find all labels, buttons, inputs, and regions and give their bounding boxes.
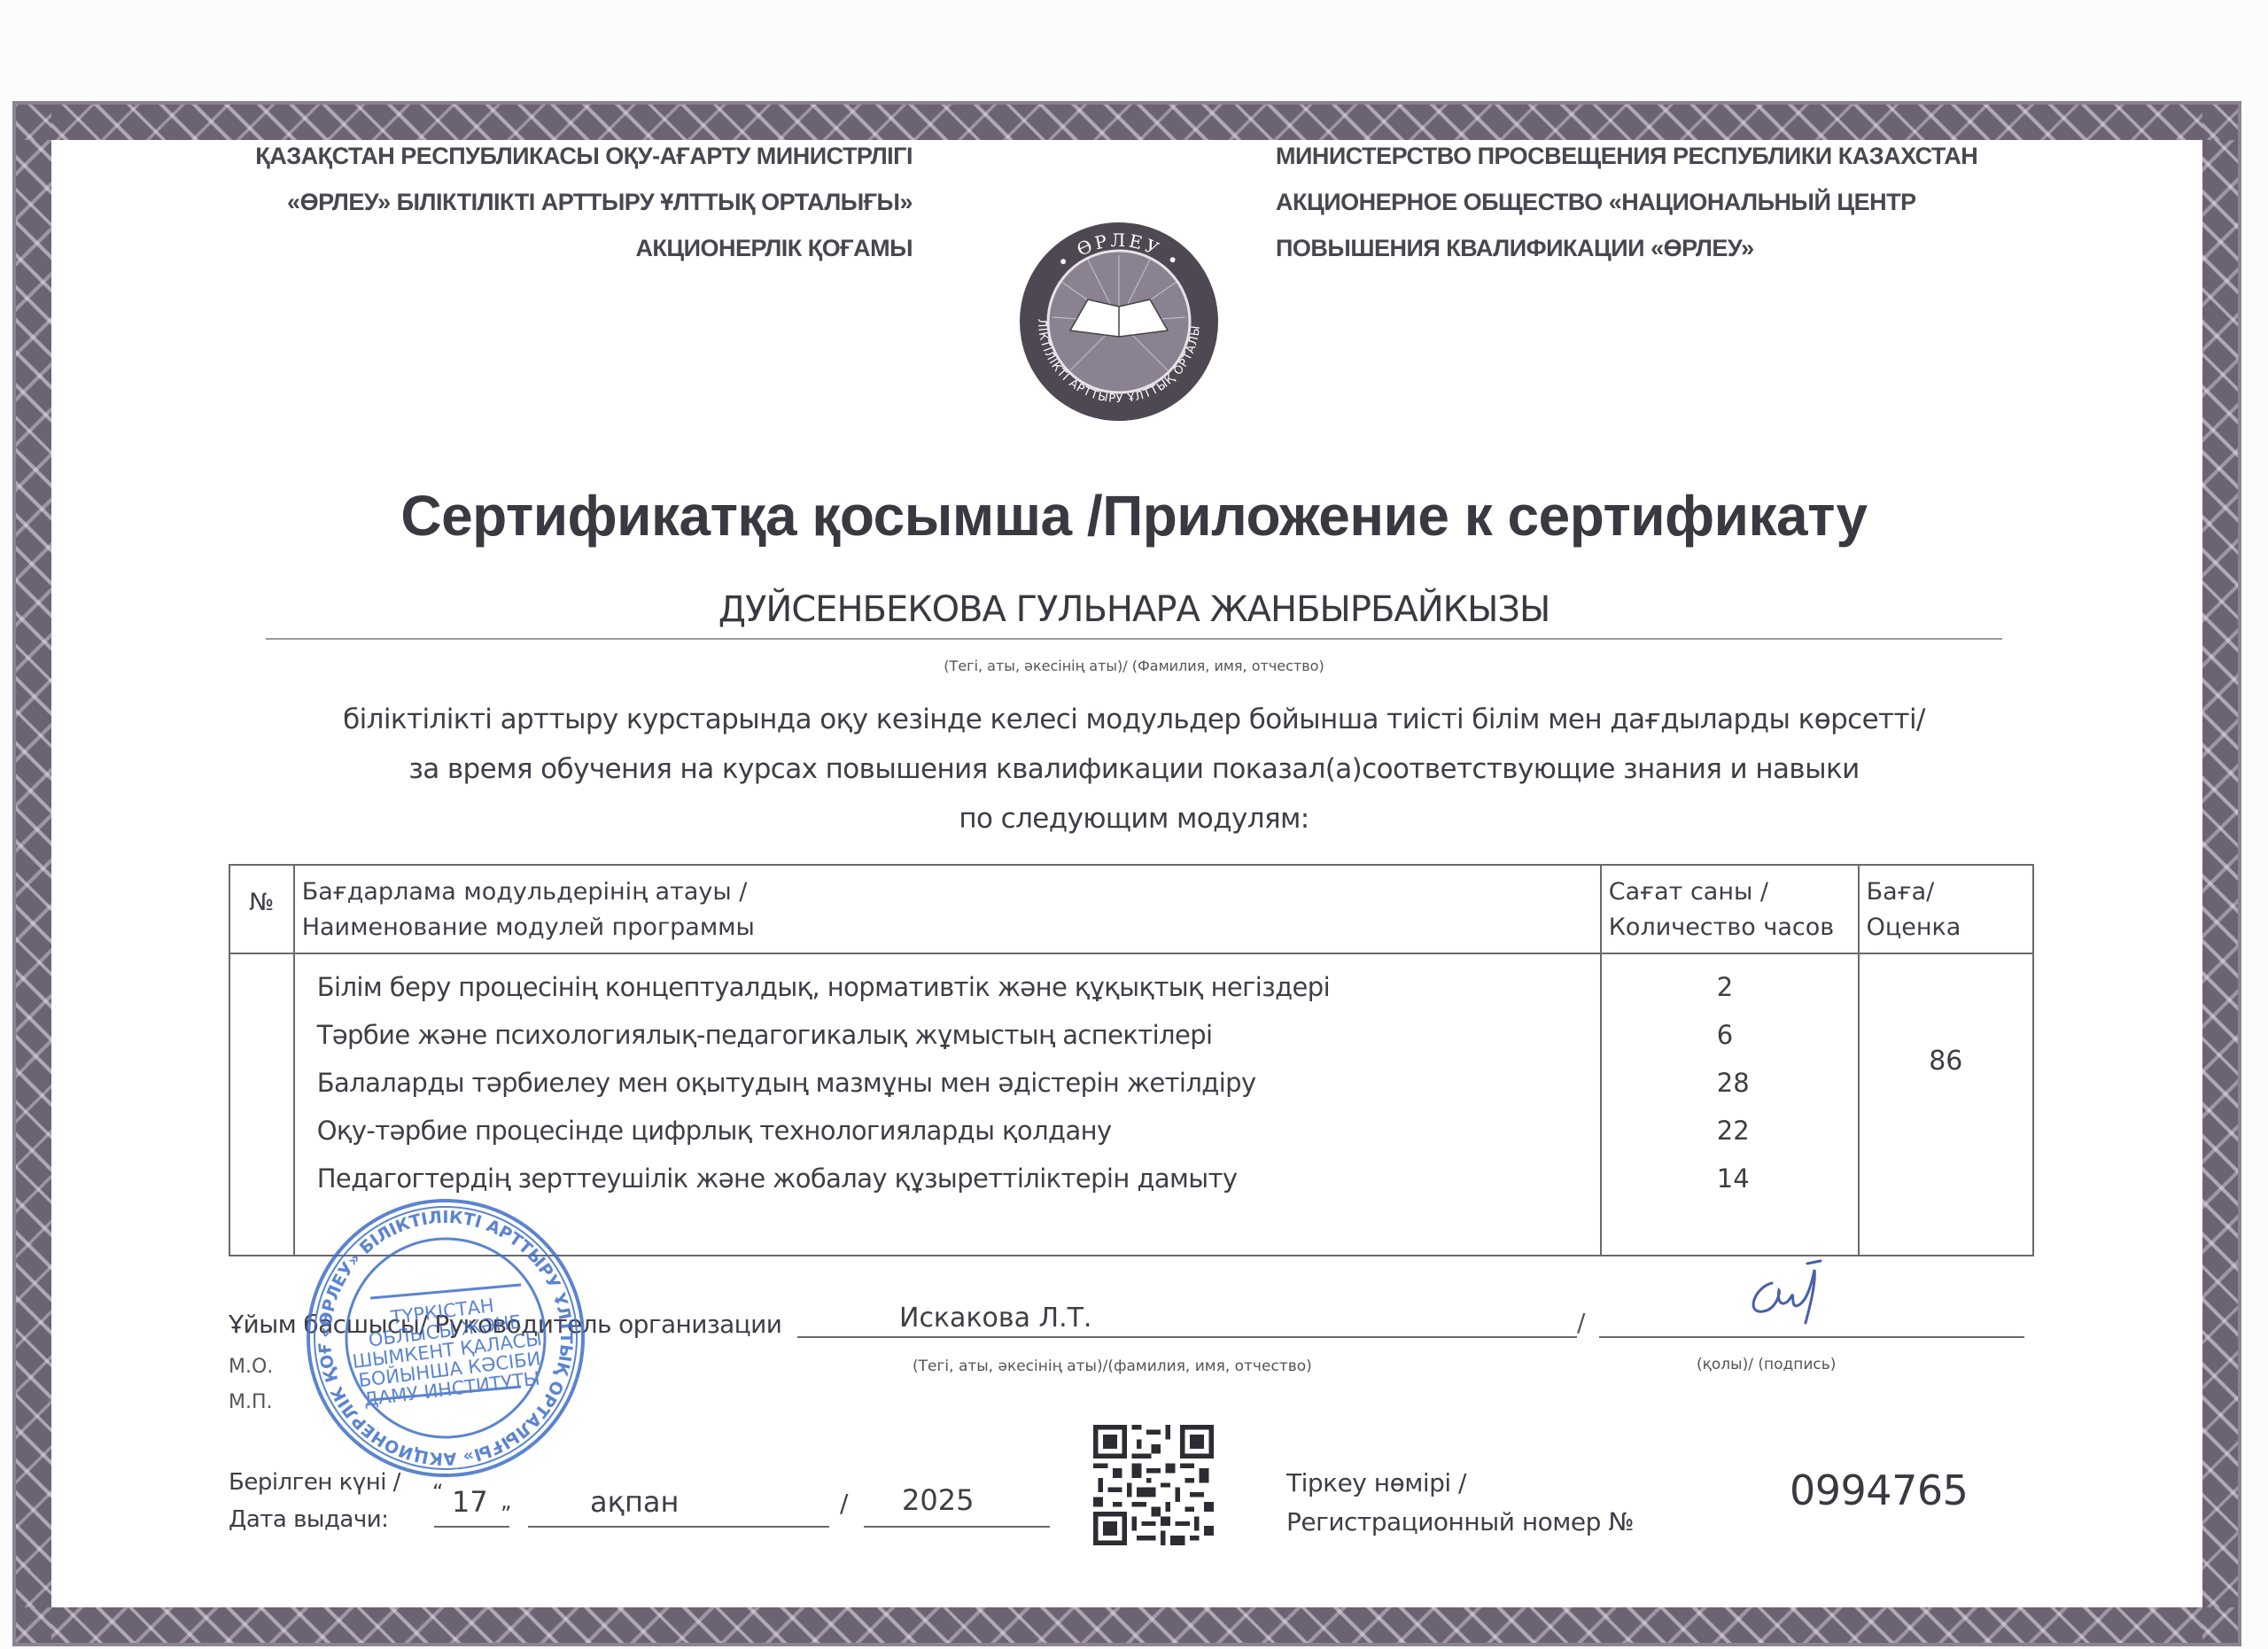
document-title: Сертификатқа қосымша /Приложение к серти… (0, 483, 2268, 548)
module-list: Білім беру процесінің концептуалдық, нор… (295, 954, 1600, 1202)
intro-line: по следующим модулям: (0, 794, 2268, 844)
signature-caption: (қолы)/ (подпись) (1697, 1356, 1836, 1373)
header-kz-line: «ӨРЛЕУ» БІЛІКТІЛІКТІ АРТТЫРУ ҰЛТТЫҚ ОРТА… (159, 179, 913, 225)
month-line (528, 1526, 829, 1528)
module-name: Оқу-тәрбие процесінде цифрлық технология… (295, 1107, 1600, 1155)
year-line (864, 1526, 1050, 1528)
signer-name-line (797, 1336, 1577, 1338)
issue-date-label-ru: Дата выдачи: (229, 1501, 400, 1538)
issue-year: 2025 (902, 1483, 974, 1517)
orleu-logo-icon: • ӨРЛЕУ • БІЛІКТІЛІКТІ АРТТЫРУ ҰЛТТЫҚ ОР… (1017, 220, 1221, 424)
issue-date-label: Берілген күні / Дата выдачи: (229, 1464, 400, 1538)
header-module-name-kz: Бағдарлама модульдерінің атауы / (302, 875, 1593, 910)
hours-list: 2 6 28 22 14 (1602, 954, 1858, 1202)
header-ru-line: МИНИСТЕРСТВО ПРОСВЕЩЕНИЯ РЕСПУБЛИКИ КАЗА… (1276, 133, 2073, 179)
issue-day: 17 (452, 1485, 488, 1519)
recipient-name: ДУЙСЕНБЕКОВА ГУЛЬНАРА ЖАНБЫРБАЙКЫЗЫ (0, 589, 2268, 630)
header-hours-ru: Количество часов (1609, 910, 1851, 945)
module-hours: 28 (1602, 1059, 1858, 1107)
day-line (434, 1526, 509, 1528)
issue-month: ақпан (590, 1485, 679, 1519)
intro-line: за время обучения на курсах повышения кв… (0, 744, 2268, 794)
header-number: № (229, 865, 294, 953)
open-quote: “ (432, 1480, 443, 1505)
hours-cell: 2 6 28 22 14 (1601, 953, 1859, 1256)
signature-line (1599, 1336, 2024, 1338)
seal-label-kz: М.О. (229, 1356, 273, 1378)
table-header-row: № Бағдарлама модульдерінің атауы / Наиме… (229, 865, 2033, 953)
organization-stamp-icon: «ӨРЛЕУ» БІЛІКТІЛІКТІ АРТТЫРУ ҰЛТТЫҚ ОРТА… (299, 1192, 592, 1484)
intro-line: біліктілікті арттыру курстарында оқу кез… (0, 695, 2268, 744)
header-kz-line: ҚАЗАҚСТАН РЕСПУБЛИКАСЫ ОҚУ-АҒАРТУ МИНИСТ… (159, 133, 913, 179)
header-ru-line: АКЦИОНЕРНОЕ ОБЩЕСТВО «НАЦИОНАЛЬНЫЙ ЦЕНТР (1276, 179, 2073, 225)
header-grade: Баға/ Оценка (1859, 865, 2033, 953)
number-cell (229, 953, 294, 1256)
close-quote: „ (501, 1489, 511, 1513)
signature-slash: / (1577, 1308, 1585, 1337)
header-ru: МИНИСТЕРСТВО ПРОСВЕЩЕНИЯ РЕСПУБЛИКИ КАЗА… (1276, 133, 2073, 271)
name-underline (266, 638, 2002, 640)
qr-code-icon (1093, 1425, 1214, 1545)
header-grade-ru: Оценка (1867, 910, 2025, 945)
registration-label-ru: Регистрационный номер № (1286, 1503, 1634, 1542)
grade-value: 86 (1859, 953, 2033, 1256)
module-hours: 14 (1602, 1155, 1858, 1202)
header-kz-line: АКЦИОНЕРЛІК ҚОҒАМЫ (159, 225, 913, 271)
header-hours: Сағат саны / Количество часов (1601, 865, 1859, 953)
header-grade-kz: Баға/ (1867, 875, 2025, 910)
registration-number: 0994765 (1790, 1466, 1968, 1514)
header-hours-kz: Сағат саны / (1609, 875, 1851, 910)
seal-label-ru: М.П. (229, 1391, 273, 1413)
module-hours: 2 (1602, 963, 1858, 1011)
module-name: Білім беру процесінің концептуалдық, нор… (295, 963, 1600, 1011)
header-ru-line: ПОВЫШЕНИЯ КВАЛИФИКАЦИИ «ӨРЛЕУ» (1276, 225, 2073, 271)
signer-name-caption: (Тегі, аты, әкесінің аты)/(фамилия, имя,… (913, 1357, 1312, 1375)
module-hours: 6 (1602, 1011, 1858, 1059)
registration-label: Тіркеу нөмірі / Регистрационный номер № (1286, 1464, 1634, 1542)
header-module-name-ru: Наименование модулей программы (302, 910, 1593, 945)
signer-name: Искакова Л.Т. (899, 1303, 1091, 1334)
registration-label-kz: Тіркеу нөмірі / (1286, 1464, 1634, 1503)
module-name: Тәрбие және психологиялық-педагогикалық … (295, 1011, 1600, 1059)
date-slash: / (840, 1489, 848, 1518)
module-name: Балаларды тәрбиелеу мен оқытудың мазмұны… (295, 1059, 1600, 1107)
signature-icon (1736, 1256, 1852, 1327)
name-caption: (Тегі, аты, әкесінің аты)/ (Фамилия, имя… (0, 657, 2268, 674)
module-hours: 22 (1602, 1107, 1858, 1155)
intro-text: біліктілікті арттыру курстарында оқу кез… (0, 695, 2268, 844)
header-kz: ҚАЗАҚСТАН РЕСПУБЛИКАСЫ ОҚУ-АҒАРТУ МИНИСТ… (159, 133, 913, 271)
issue-date-label-kz: Берілген күні / (229, 1464, 400, 1501)
header-module-name: Бағдарлама модульдерінің атауы / Наимено… (294, 865, 1601, 953)
